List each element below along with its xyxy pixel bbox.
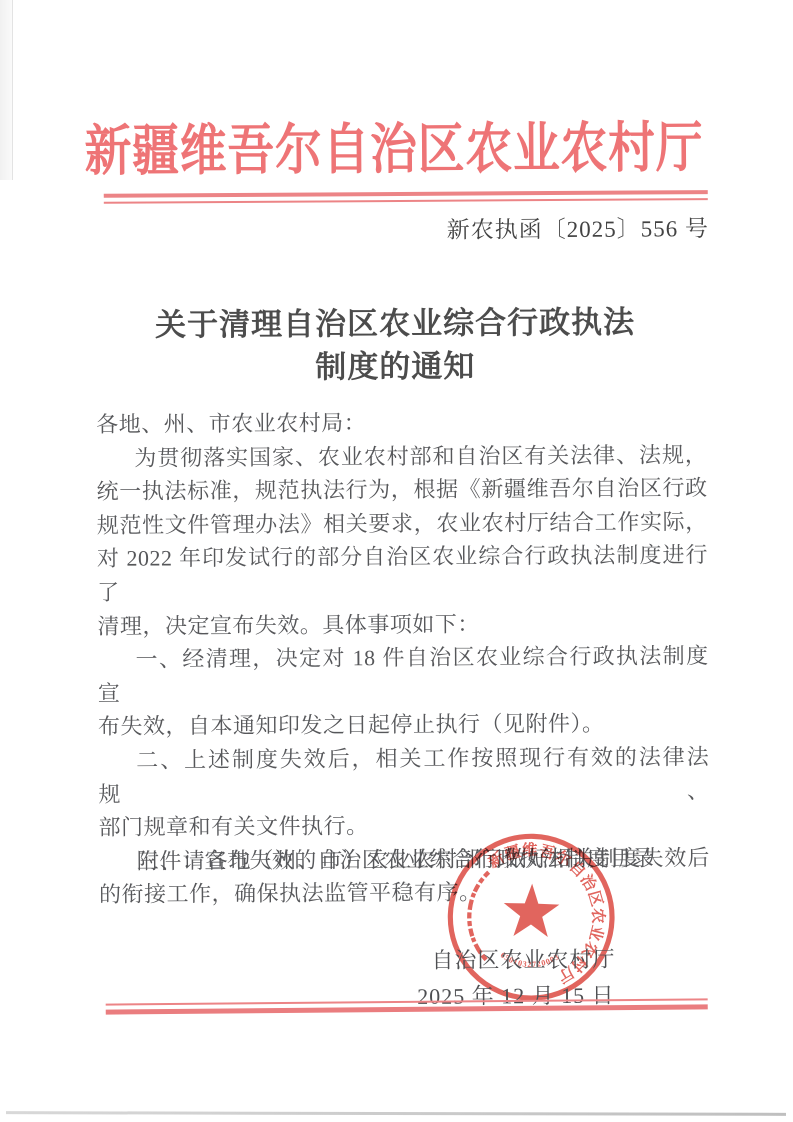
body-line: 布失效，自本通知印发之日起停止执行（见附件）。 (98, 706, 709, 743)
signature-org: 自治区农业农村厅 (431, 943, 615, 975)
body-line: 统一执法标准，规范执法行为，根据《新疆维吾尔自治区行政 (96, 471, 707, 508)
body-line: 规范性文件管理办法》相关要求，农业农村厅结合工作实际， (97, 505, 708, 542)
letterhead-org-name: 新疆维吾尔自治区农业农村厅 (57, 118, 731, 182)
document-number: 新农执函〔2025〕556 号 (447, 210, 709, 245)
letterhead-divider-rule (104, 190, 708, 204)
document-title-line1: 关于清理自治区农业综合行政执法 (0, 300, 792, 348)
document-title: 关于清理自治区农业综合行政执法 制度的通知 (0, 300, 792, 391)
body-line: 清理，决定宣布失效。具体事项如下： (97, 606, 708, 643)
footer-divider-rule (106, 998, 708, 1014)
seal-star-icon (503, 883, 560, 937)
body-line-item-1: 一、经清理，决定对 18 件自治区农业综合行政执法制度宣 (97, 639, 708, 710)
salutation: 各地、州、市农业农村局： (96, 404, 707, 441)
document-page: 新疆维吾尔自治区农业农村厅 新农执函〔2025〕556 号 关于清理自治区农业综… (0, 0, 793, 1122)
document-title-line2: 制度的通知 (0, 343, 792, 391)
body-line: 对 2022 年印发试行的部分自治区农业综合行政执法制度进行了 (97, 538, 708, 609)
body-line: 的衔接工作，确保执法监管平稳有序。 (99, 874, 710, 911)
body-line: 为贯彻落实国家、农业农村部和自治区有关法律、法规， (96, 438, 707, 475)
body-line-item-2: 二、上述制度失效后，相关工作按照现行有效的法律法规、 (98, 740, 709, 811)
